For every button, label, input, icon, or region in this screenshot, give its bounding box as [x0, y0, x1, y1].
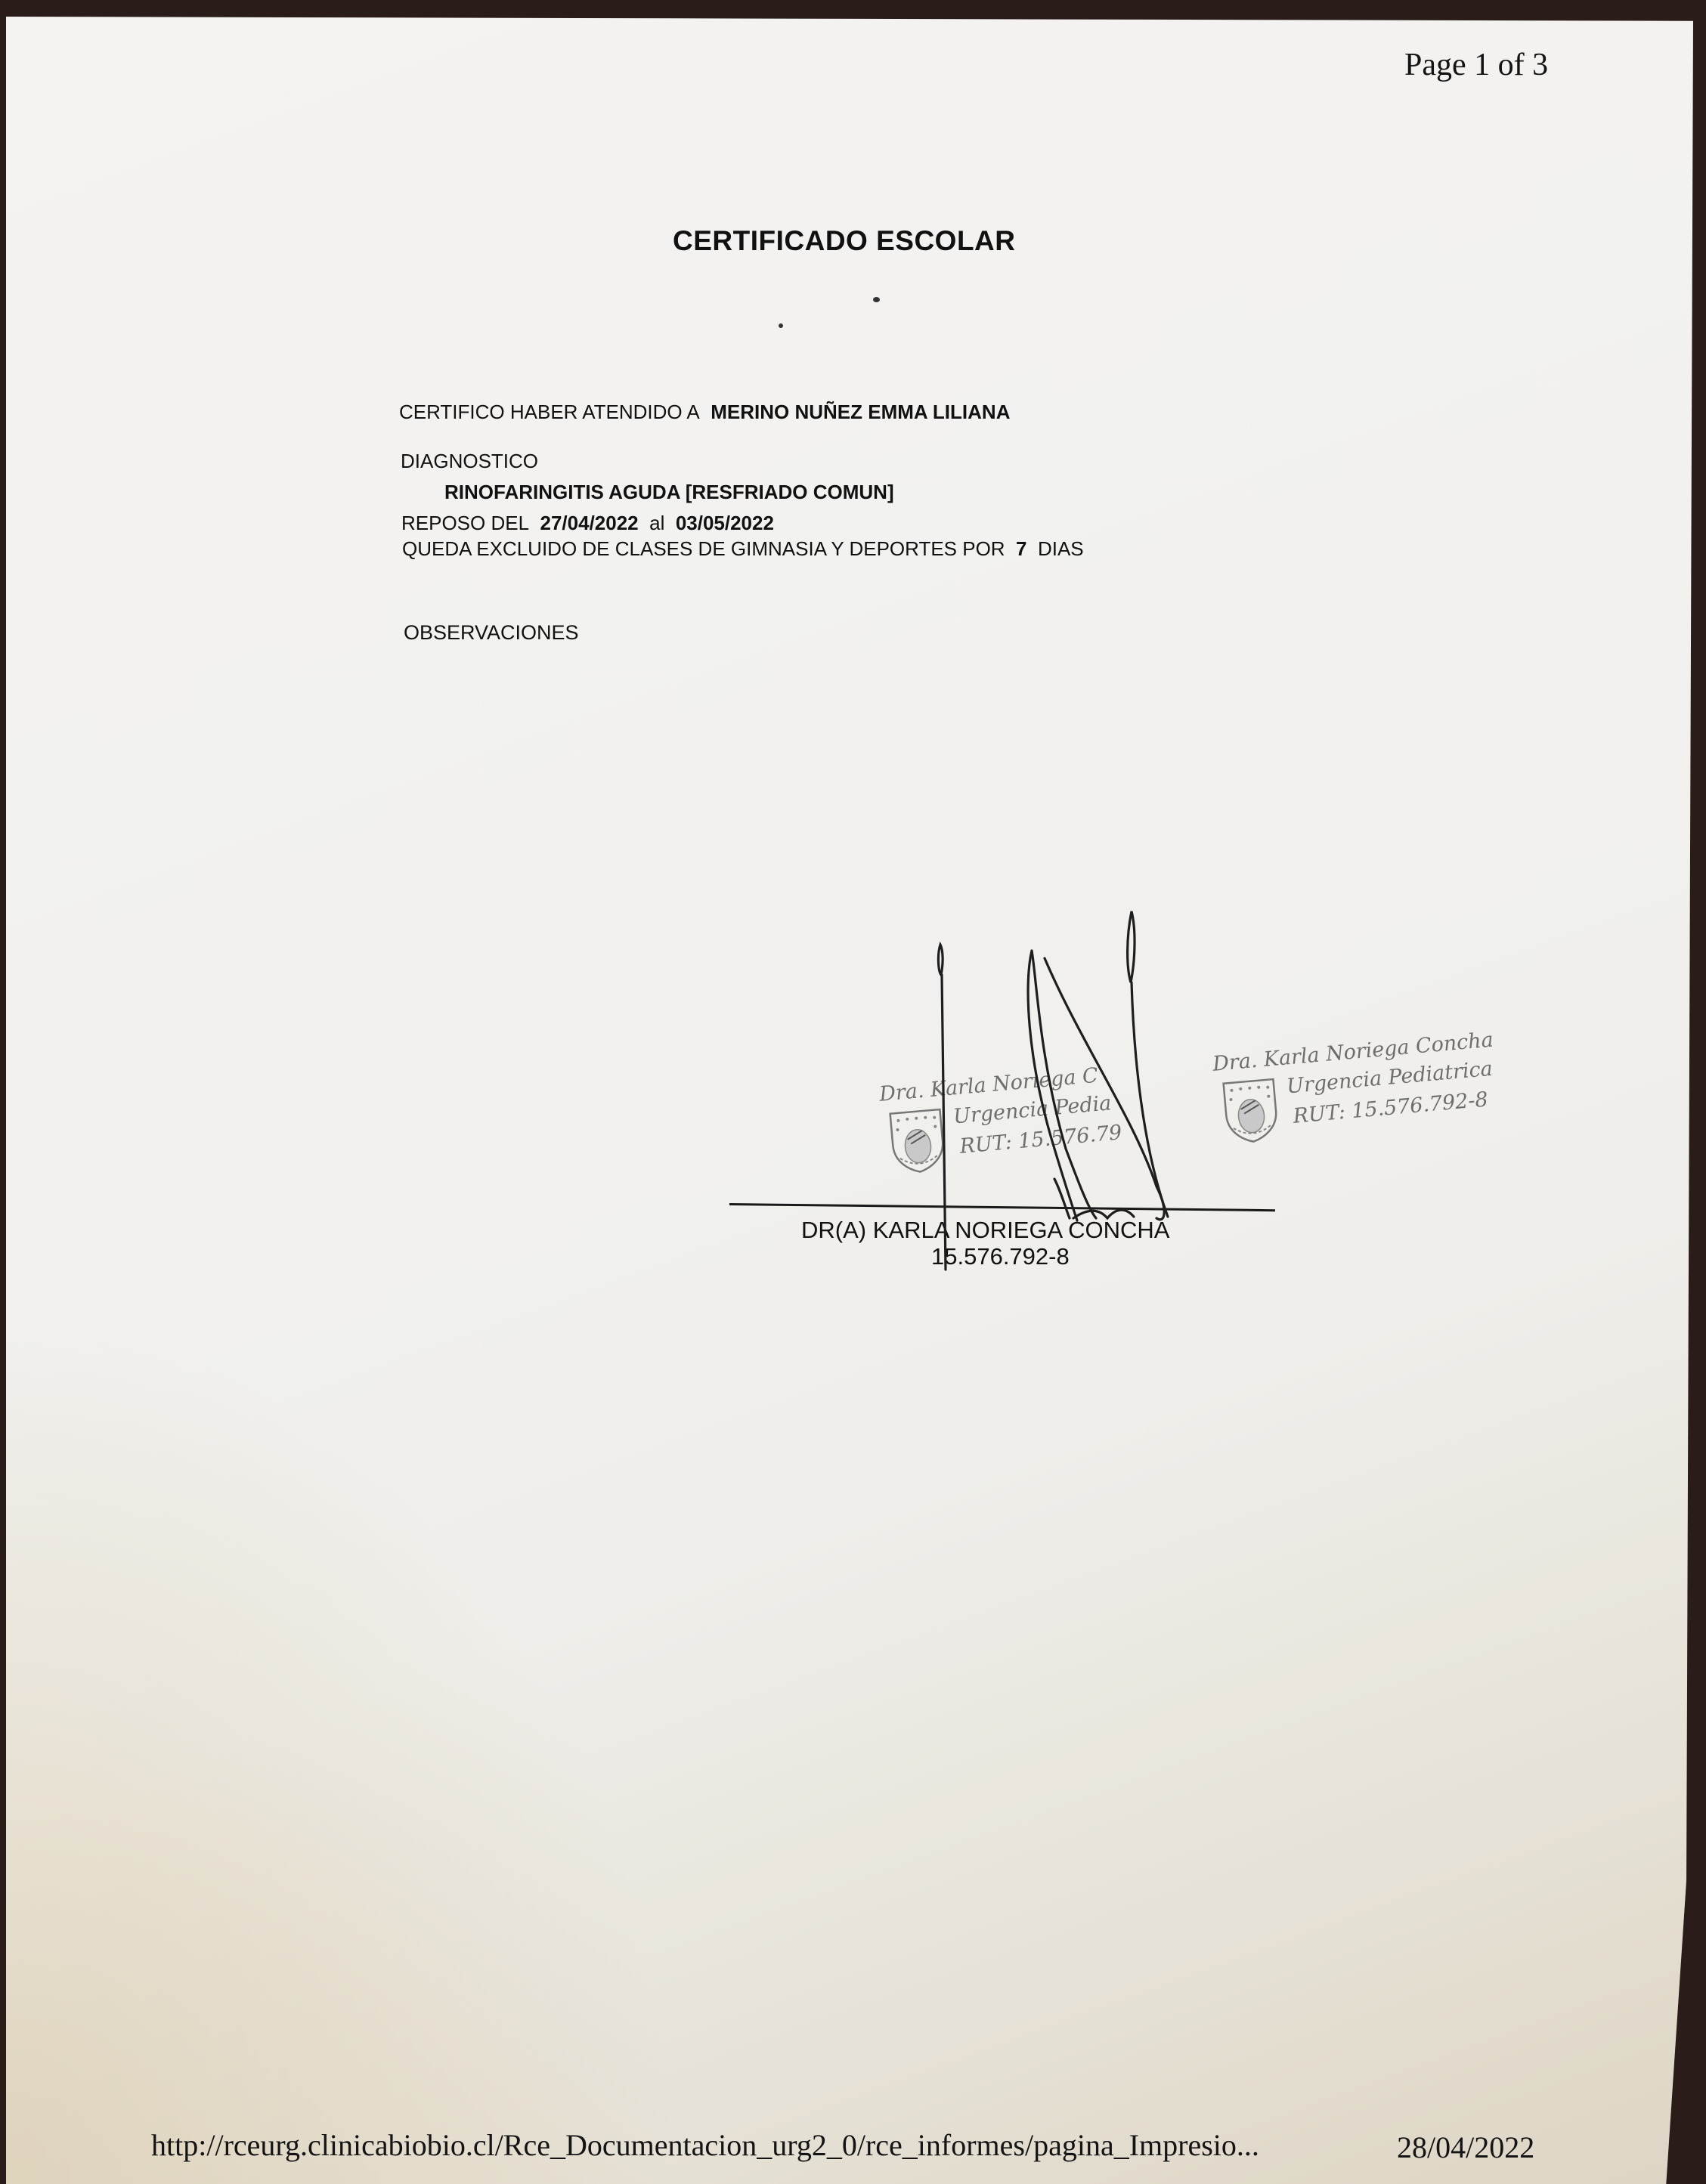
patient-name: MERINO NUÑEZ EMMA LILIANA	[711, 401, 1010, 423]
footer-print-date: 28/04/2022	[1397, 2130, 1534, 2165]
exclusion-suffix: DIAS	[1038, 537, 1084, 560]
exclusion-days: 7	[1016, 537, 1026, 560]
coat-of-arms-icon	[1220, 1076, 1281, 1146]
certification-prefix: CERTIFICO HABER ATENDIDO A	[399, 401, 700, 423]
exclusion-line: QUEDA EXCLUIDO DE CLASES DE GIMNASIA Y D…	[402, 537, 1084, 561]
signer-name: DR(A) KARLA NORIEGA CONCHA	[801, 1217, 1169, 1244]
rest-period-line: REPOSO DEL 27/04/2022 al 03/05/2022	[401, 512, 774, 535]
coat-of-arms-icon	[887, 1106, 948, 1176]
document-title: CERTIFICADO ESCOLAR	[673, 225, 1016, 257]
rest-from-date: 27/04/2022	[540, 512, 639, 534]
paper-speck	[779, 323, 783, 328]
rest-connector: al	[649, 512, 664, 534]
diagnosis-label: DIAGNOSTICO	[401, 450, 538, 473]
page-indicator: Page 1 of 3	[1404, 47, 1548, 83]
certification-line: CERTIFICO HABER ATENDIDO A MERINO NUÑEZ …	[399, 401, 1010, 424]
rest-to-date: 03/05/2022	[676, 512, 774, 534]
observations-label: OBSERVACIONES	[404, 621, 579, 645]
rest-prefix: REPOSO DEL	[401, 512, 529, 534]
signer-rut: 15.576.792-8	[931, 1243, 1070, 1270]
footer-source-url: http://rceurg.clinicabiobio.cl/Rce_Docum…	[151, 2127, 1259, 2163]
exclusion-prefix: QUEDA EXCLUIDO DE CLASES DE GIMNASIA Y D…	[402, 537, 1005, 560]
diagnosis-value: RINOFARINGITIS AGUDA [RESFRIADO COMUN]	[444, 481, 894, 504]
paper-speck	[873, 297, 880, 302]
